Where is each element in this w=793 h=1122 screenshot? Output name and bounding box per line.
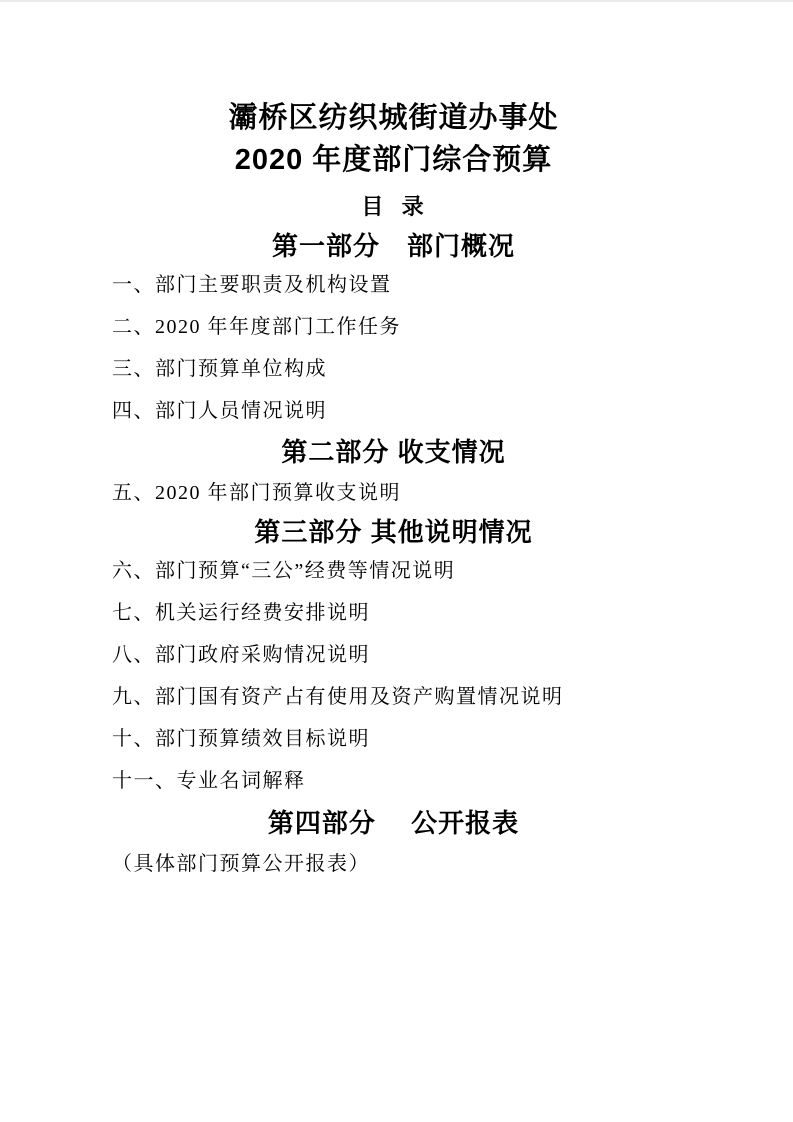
toc-item-8: 八、部门政府采购情况说明 bbox=[112, 642, 675, 668]
toc-item-6: 六、部门预算“三公”经费等情况说明 bbox=[112, 558, 675, 584]
toc-item-5: 五、2020 年部门预算收支说明 bbox=[112, 480, 675, 506]
toc-item-10: 十、部门预算绩效目标说明 bbox=[112, 726, 675, 752]
toc-item-1: 一、部门主要职责及机构设置 bbox=[112, 272, 675, 298]
toc-item-4: 四、部门人员情况说明 bbox=[112, 398, 675, 424]
toc-content: 灞桥区纺织城街道办事处 2020 年度部门综合预算 目 录 第一部分 部门概况 … bbox=[0, 2, 793, 877]
document-title-line2: 2020 年度部门综合预算 bbox=[112, 142, 675, 178]
section-heading-part4: 第四部分 公开报表 bbox=[112, 807, 675, 839]
toc-item-9: 九、部门国有资产占有使用及资产购置情况说明 bbox=[112, 684, 675, 710]
section-heading-part1: 第一部分 部门概况 bbox=[112, 230, 675, 262]
toc-heading: 目 录 bbox=[112, 194, 675, 220]
toc-item-report-note: （具体部门预算公开报表） bbox=[112, 851, 675, 877]
section-heading-part3: 第三部分 其他说明情况 bbox=[112, 516, 675, 548]
toc-item-2: 二、2020 年年度部门工作任务 bbox=[112, 314, 675, 340]
toc-item-11: 十一、专业名词解释 bbox=[112, 768, 675, 794]
toc-item-7: 七、机关运行经费安排说明 bbox=[112, 600, 675, 626]
document-page: 灞桥区纺织城街道办事处 2020 年度部门综合预算 目 录 第一部分 部门概况 … bbox=[0, 0, 793, 1122]
toc-item-3: 三、部门预算单位构成 bbox=[112, 356, 675, 382]
section-heading-part2: 第二部分 收支情况 bbox=[112, 436, 675, 468]
document-title-line1: 灞桥区纺织城街道办事处 bbox=[112, 100, 675, 136]
